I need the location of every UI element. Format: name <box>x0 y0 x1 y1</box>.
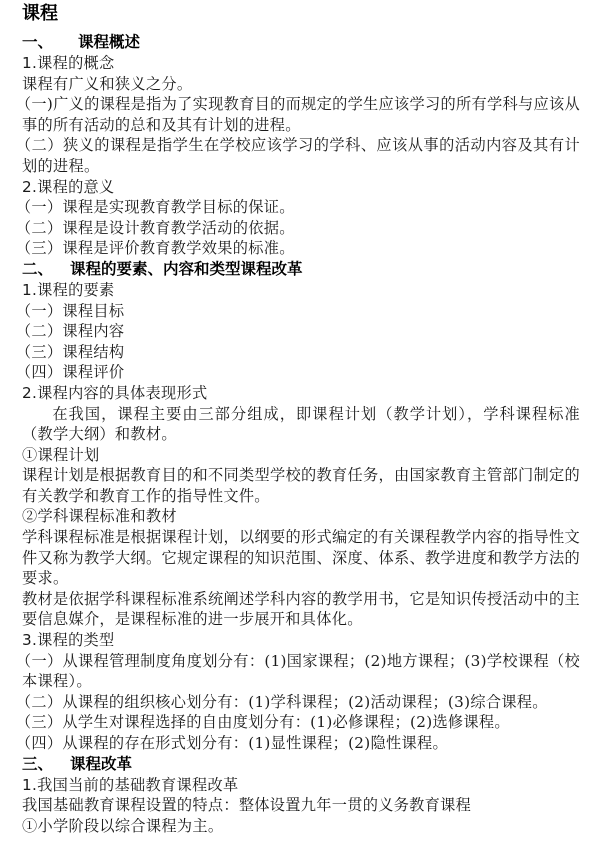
section-title: 课程的要素、内容和类型课程改革 <box>70 260 303 278</box>
paragraph: 在我国，课程主要由三部分组成，即课程计划（教学计划），学科课程标准（教学大纲）和… <box>22 404 580 445</box>
list-item: （三）课程结构 <box>22 342 580 363</box>
document-page: 课程 一、课程概述 1.课程的概念 课程有广义和狭义之分。 （一)广义的课程是指… <box>0 0 600 836</box>
list-item: ①小学阶段以综合课程为主。 <box>22 816 580 837</box>
section-number: 三、 <box>22 754 70 775</box>
list-item: （二）课程内容 <box>22 321 580 342</box>
subheading: 3.课程的类型 <box>22 630 580 651</box>
document-title: 课程 <box>22 2 580 26</box>
list-item: （四）从课程的存在形式划分有：(1)显性课程；(2)隐性课程。 <box>22 733 580 754</box>
list-item: ①课程计划 <box>22 445 580 466</box>
subheading: 2.课程内容的具体表现形式 <box>22 383 580 404</box>
section-heading-3: 三、课程改革 <box>22 754 580 775</box>
subheading: 2.课程的意义 <box>22 177 580 198</box>
subheading: 1.课程的概念 <box>22 53 580 74</box>
paragraph: （一)广义的课程是指为了实现教育目的而规定的学生应该学习的所有学科与应该从事的所… <box>22 94 580 135</box>
paragraph: 课程有广义和狭义之分。 <box>22 74 580 95</box>
list-item: （三）课程是评价教育教学效果的标准。 <box>22 238 580 259</box>
paragraph: （二）狭义的课程是指学生在学校应该学习的学科、应该从事的活动内容及其有计划的进程… <box>22 135 580 176</box>
subheading: 1.课程的要素 <box>22 280 580 301</box>
paragraph: 学科课程标准是根据课程计划，以纲要的形式编定的有关课程教学内容的指导性文件又称为… <box>22 527 580 589</box>
list-item: （三）从学生对课程选择的自由度划分有：(1)必修课程；(2)选修课程。 <box>22 712 580 733</box>
paragraph: 课程计划是根据教育目的和不同类型学校的教育任务，由国家教育主管部门制定的有关教学… <box>22 465 580 506</box>
paragraph: 教材是依据学科课程标准系统阐述学科内容的教学用书，它是知识传授活动中的主要信息媒… <box>22 589 580 630</box>
list-item: （一）课程目标 <box>22 301 580 322</box>
section-number: 二、 <box>22 259 70 280</box>
section-number: 一、 <box>22 32 78 53</box>
list-item: （一）从课程管理制度角度划分有：(1)国家课程；(2)地方课程；(3)学校课程（… <box>22 651 580 692</box>
paragraph: 我国基础教育课程设置的特点：整体设置九年一贯的义务教育课程 <box>22 795 580 816</box>
list-item: ②学科课程标准和教材 <box>22 506 580 527</box>
list-item: （二）从课程的组织核心划分有：(1)学科课程；(2)活动课程；(3)综合课程。 <box>22 692 580 713</box>
section-title: 课程概述 <box>78 33 140 51</box>
section-heading-1: 一、课程概述 <box>22 32 580 53</box>
list-item: （一）课程是实现教育教学目标的保证。 <box>22 197 580 218</box>
list-item: （二）课程是设计教育教学活动的依据。 <box>22 218 580 239</box>
subheading: 1.我国当前的基础教育课程改革 <box>22 775 580 796</box>
section-heading-2: 二、课程的要素、内容和类型课程改革 <box>22 259 580 280</box>
list-item: （四）课程评价 <box>22 362 580 383</box>
section-title: 课程改革 <box>70 755 132 773</box>
